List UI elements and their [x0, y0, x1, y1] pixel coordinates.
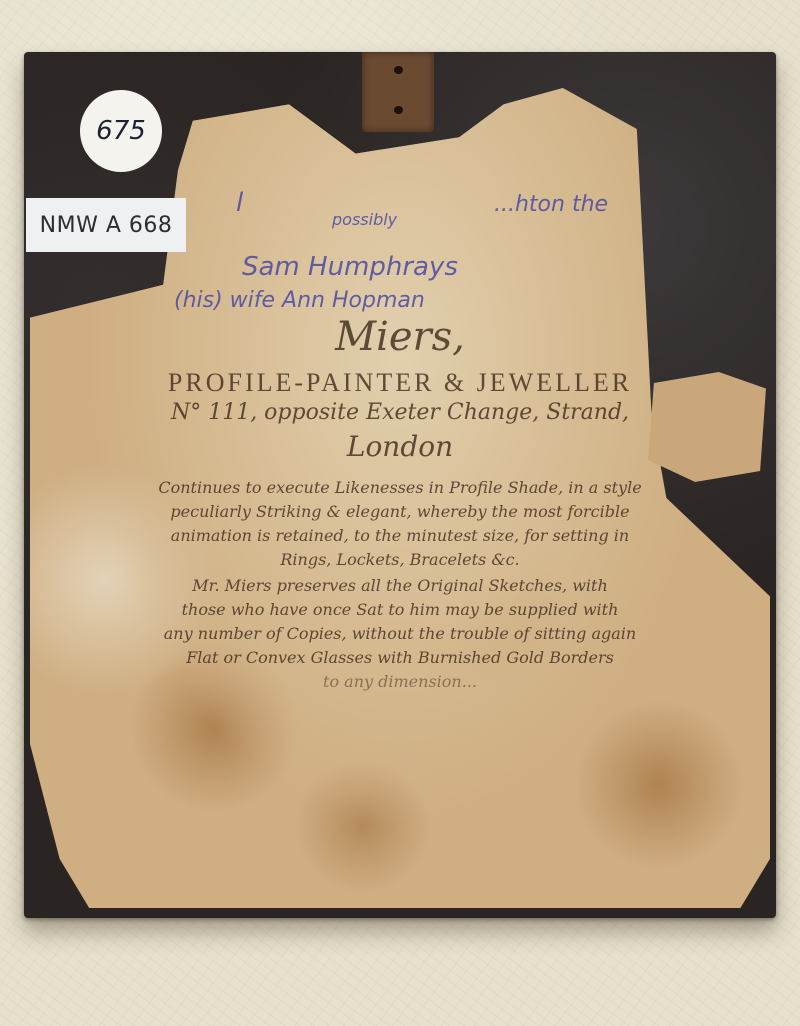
pencil-note-name: Sam Humphrays — [242, 252, 458, 282]
pencil-note-right: ...hton the — [494, 192, 608, 217]
label-body-line: any number of Copies, without the troubl… — [24, 624, 776, 643]
inventory-number: 675 — [96, 116, 146, 146]
accession-label: NMW A 668 — [26, 198, 186, 252]
hanger-hole-bottom — [394, 106, 403, 114]
label-body-line: those who have once Sat to him may be su… — [24, 600, 776, 619]
label-body-line: Flat or Convex Glasses with Burnished Go… — [24, 648, 776, 667]
label-address: N° 111, opposite Exeter Change, Strand, — [24, 400, 776, 425]
label-body-line: animation is retained, to the minutest s… — [24, 526, 776, 545]
label-body-line: Continues to execute Likenesses in Profi… — [24, 478, 776, 497]
hanger-hole-top — [394, 66, 403, 74]
metal-hanger — [362, 52, 434, 132]
label-body-line: to any dimension... — [24, 672, 776, 691]
inventory-circle-sticker: 675 — [80, 90, 162, 172]
pencil-note-l: l — [236, 188, 243, 218]
label-name: Miers, — [24, 314, 776, 360]
label-body-line: Rings, Lockets, Bracelets &c. — [24, 550, 776, 569]
pencil-note-wife: (his) wife Ann Hopman — [174, 288, 425, 313]
accession-number: NMW A 668 — [40, 213, 173, 238]
label-title: PROFILE-PAINTER & JEWELLER — [24, 368, 776, 398]
label-body-line: peculiarly Striking & elegant, whereby t… — [24, 502, 776, 521]
pencil-note-possibly: possibly — [332, 210, 397, 229]
label-body-line: Mr. Miers preserves all the Original Ske… — [24, 576, 776, 595]
label-city: London — [24, 430, 776, 463]
frame-back-panel: 675 NMW A 668 l ...hton the possibly Sam… — [24, 52, 776, 918]
